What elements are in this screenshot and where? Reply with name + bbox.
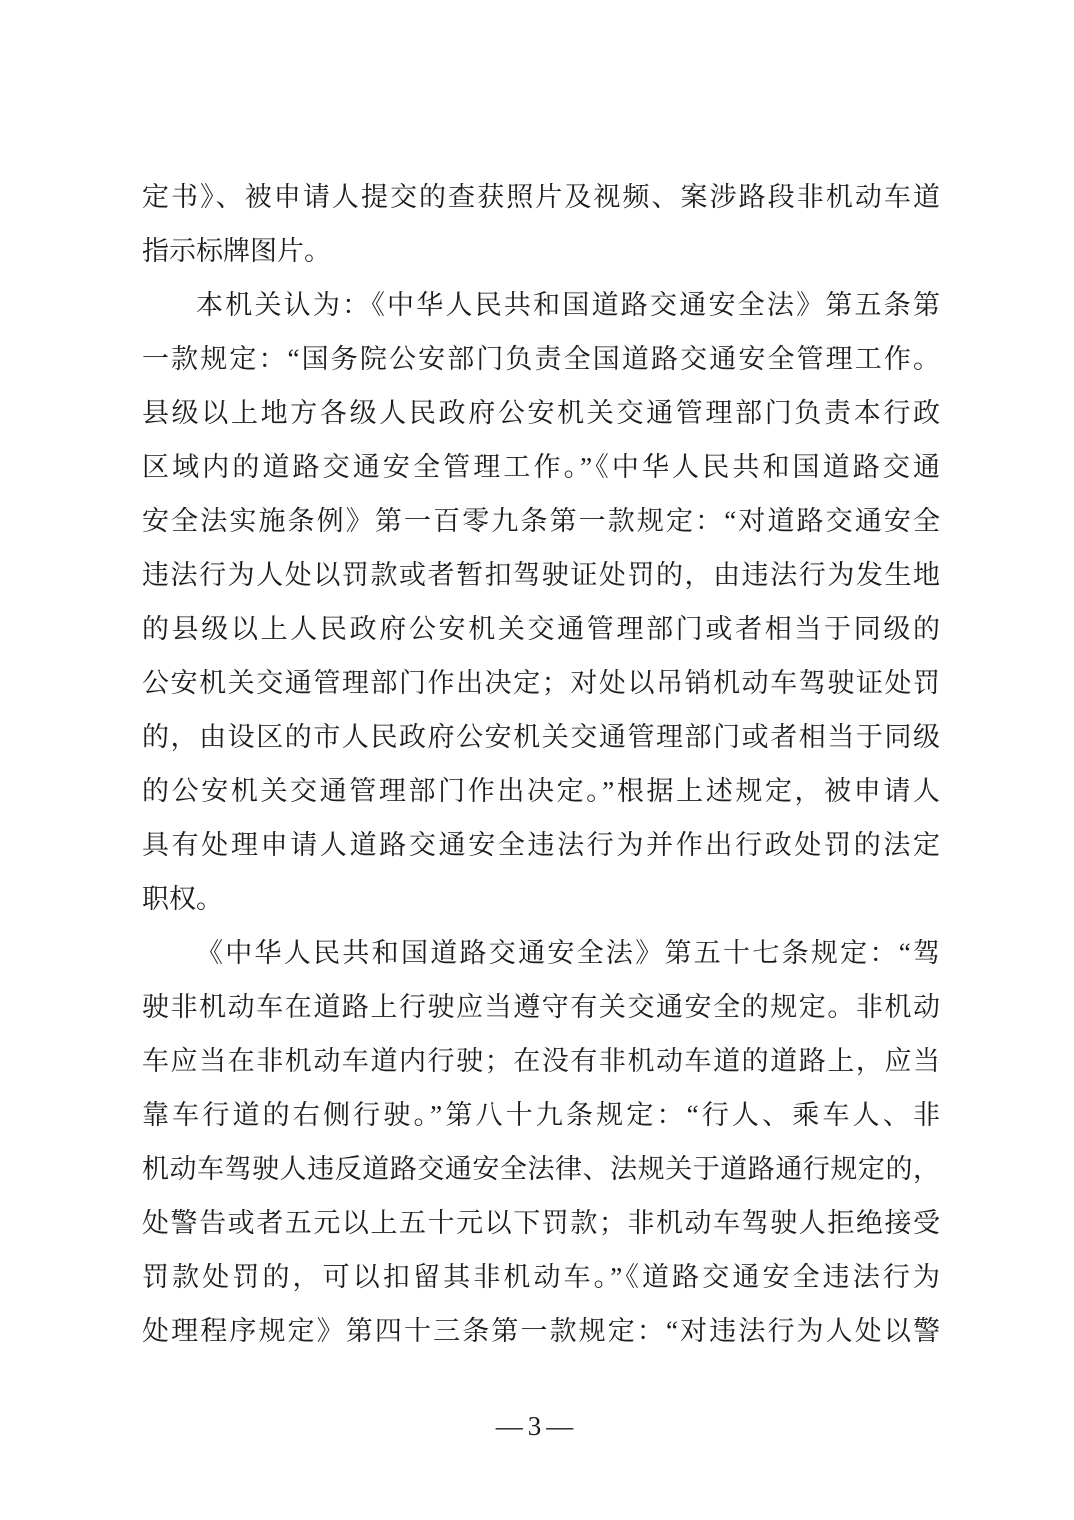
document-line: 公安机关交通管理部门作出决定；对处以吊销机动车驾驶证处罚 — [142, 656, 940, 710]
page-number: —3— — [496, 1411, 579, 1441]
document-line: 车应当在非机动车道内行驶；在没有非机动车道的道路上，应当 — [142, 1034, 940, 1088]
document-line: 《中华人民共和国道路交通安全法》第五十七条规定：“驾 — [142, 926, 940, 980]
document-line: 县级以上地方各级人民政府公安机关交通管理部门负责本行政 — [142, 386, 940, 440]
document-line: 具有处理申请人道路交通安全违法行为并作出行政处罚的法定 — [142, 818, 940, 872]
document-line: 机动车驾驶人违反道路交通安全法律、法规关于道路通行规定的， — [142, 1142, 940, 1196]
document-line: 职权。 — [142, 872, 940, 926]
document-line: 处警告或者五元以上五十元以下罚款；非机动车驾驶人拒绝接受 — [142, 1196, 940, 1250]
document-line: 指示标牌图片。 — [142, 224, 940, 278]
document-line: 本机关认为：《中华人民共和国道路交通安全法》第五条第 — [142, 278, 940, 332]
document-line: 靠车行道的右侧行驶。”第八十九条规定：“行人、乘车人、非 — [142, 1088, 940, 1142]
document-line: 驶非机动车在道路上行驶应当遵守有关交通安全的规定。非机动 — [142, 980, 940, 1034]
document-line: 处理程序规定》第四十三条第一款规定：“对违法行为人处以警 — [142, 1304, 940, 1358]
document-line: 违法行为人处以罚款或者暂扣驾驶证处罚的，由违法行为发生地 — [142, 548, 940, 602]
document-page: 定书》、被申请人提交的查获照片及视频、案涉路段非机动车道指示标牌图片。本机关认为… — [0, 0, 1074, 1520]
document-line: 安全法实施条例》第一百零九条第一款规定：“对道路交通安全 — [142, 494, 940, 548]
document-line: 的县级以上人民政府公安机关交通管理部门或者相当于同级的 — [142, 602, 940, 656]
document-line: 的公安机关交通管理部门作出决定。”根据上述规定，被申请人 — [142, 764, 940, 818]
document-body: 定书》、被申请人提交的查获照片及视频、案涉路段非机动车道指示标牌图片。本机关认为… — [142, 170, 940, 1358]
document-line: 区域内的道路交通安全管理工作。”《中华人民共和国道路交通 — [142, 440, 940, 494]
document-line: 罚款处罚的，可以扣留其非机动车。”《道路交通安全违法行为 — [142, 1250, 940, 1304]
document-line: 定书》、被申请人提交的查获照片及视频、案涉路段非机动车道 — [142, 170, 940, 224]
document-line: 的，由设区的市人民政府公安机关交通管理部门或者相当于同级 — [142, 710, 940, 764]
page-footer: —3— — [0, 1406, 1074, 1446]
document-line: 一款规定：“国务院公安部门负责全国道路交通安全管理工作。 — [142, 332, 940, 386]
